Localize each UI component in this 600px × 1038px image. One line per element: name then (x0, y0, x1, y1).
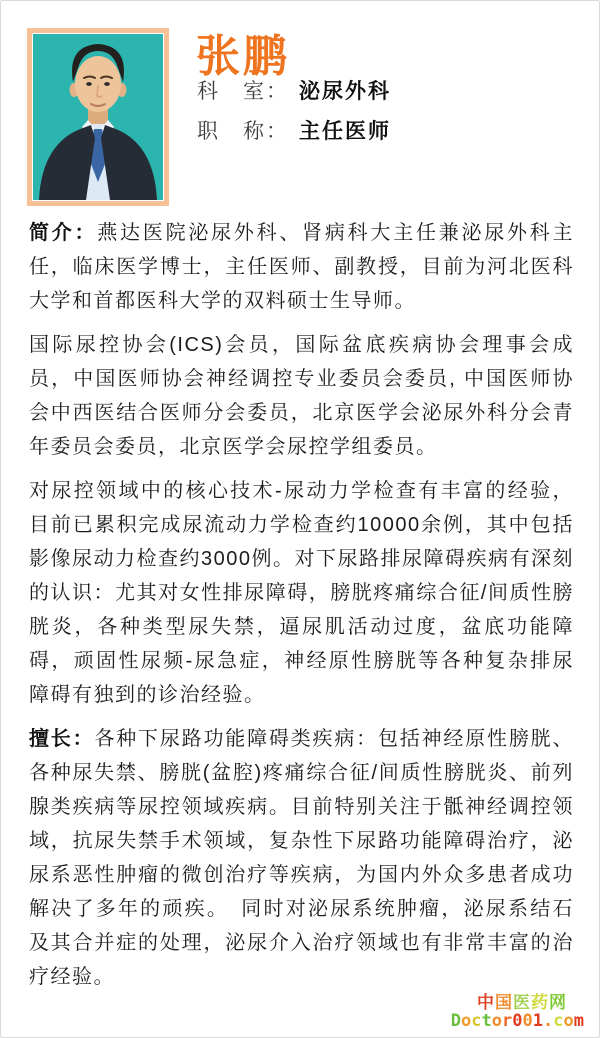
doctor-photo (27, 28, 169, 206)
title-row: 职 称：主任医师 (197, 120, 391, 144)
watermark-char: 国 (495, 993, 513, 1012)
watermark: 中国医药网 Doctor001.com (451, 994, 584, 1030)
watermark-char: 医 (513, 993, 531, 1012)
profile-header: 张鹏 (27, 28, 290, 206)
watermark-char: 0 (523, 1011, 533, 1031)
watermark-char: o (564, 1011, 574, 1031)
watermark-char: 药 (531, 993, 549, 1012)
doctor-profile-card: 张鹏 科 室：泌尿外科 职 称：主任医师 简介：燕达医院泌尿外科、肾病科大主任兼… (0, 0, 600, 1038)
watermark-char: 1 (533, 1011, 543, 1031)
watermark-char: o (461, 1011, 471, 1031)
watermark-domain: Doctor001.com (451, 1013, 584, 1030)
bio-paragraph-lead: 擅长： (29, 728, 94, 750)
watermark-char: r (502, 1011, 512, 1031)
doctor-name: 张鹏 (196, 34, 290, 80)
watermark-char: . (543, 1011, 553, 1031)
title-value: 主任医师 (299, 120, 391, 143)
department-row: 科 室：泌尿外科 (197, 80, 391, 104)
bio-paragraph: 擅长：各种下尿路功能障碍类疾病：包括神经原性膀胱、各种尿失禁、膀胱(盆腔)疼痛综… (29, 722, 574, 994)
bio-section: 简介：燕达医院泌尿外科、肾病科大主任兼泌尿外科主任，临床医学博士，主任医师、副教… (29, 216, 574, 1004)
watermark-char: 0 (512, 1011, 522, 1031)
watermark-char: D (451, 1011, 461, 1031)
department-value: 泌尿外科 (299, 80, 391, 103)
department-label: 科 室： (197, 80, 289, 103)
bio-paragraph-lead: 简介： (29, 222, 97, 244)
watermark-char: c (553, 1011, 563, 1031)
watermark-char: c (471, 1011, 481, 1031)
watermark-char: o (492, 1011, 502, 1031)
title-label: 职 称： (197, 120, 289, 143)
watermark-char: 网 (549, 993, 567, 1012)
watermark-site-name: 中国医药网 (451, 994, 584, 1011)
bio-paragraph: 对尿控领域中的核心技术-尿动力学检查有丰富的经验，目前已累积完成尿流动力学检查约… (29, 474, 574, 712)
watermark-char: 中 (477, 993, 495, 1012)
watermark-char: t (482, 1011, 492, 1031)
profile-header-info: 张鹏 (196, 28, 290, 206)
bio-paragraph: 简介：燕达医院泌尿外科、肾病科大主任兼泌尿外科主任，临床医学博士，主任医师、副教… (29, 216, 574, 318)
doctor-portrait-illustration (33, 34, 163, 200)
bio-paragraph: 国际尿控协会(ICS)会员，国际盆底疾病协会理事会成员，中国医师协会神经调控专业… (29, 328, 574, 464)
watermark-char: m (574, 1011, 584, 1031)
